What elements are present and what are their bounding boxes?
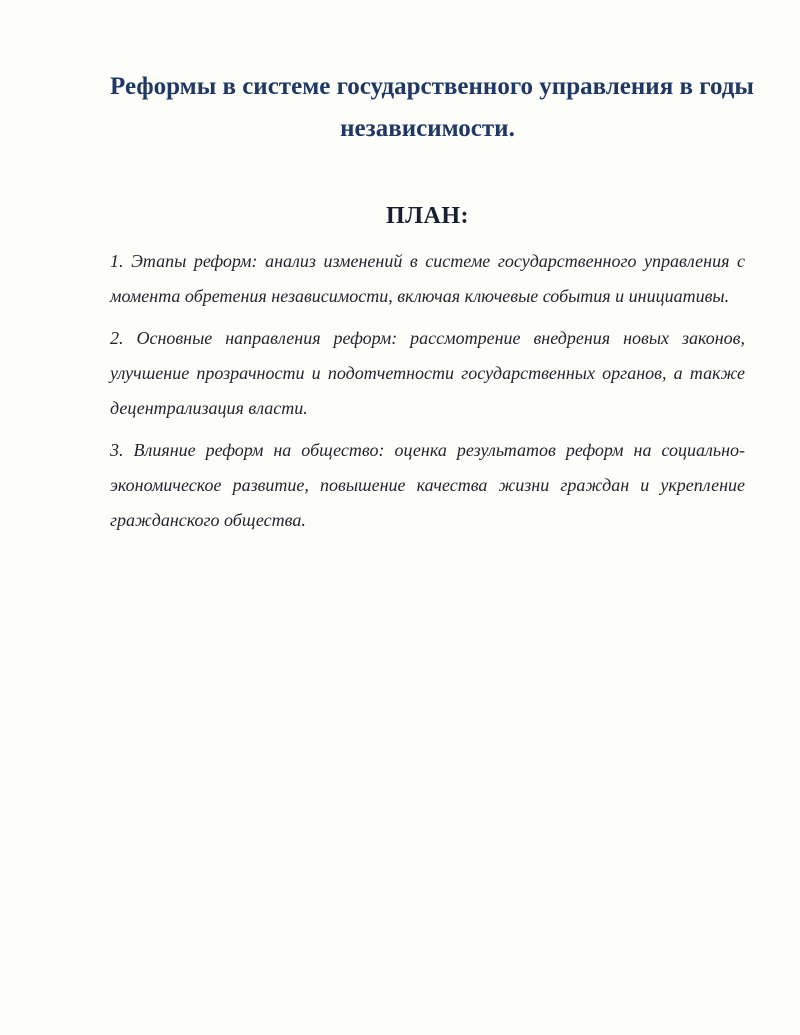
plan-list: 1. Этапы реформ: анализ изменений в сист… xyxy=(110,244,745,538)
plan-heading: ПЛАН: xyxy=(110,201,745,231)
plan-item-2: 2. Основные направления реформ: рассмотр… xyxy=(110,321,745,426)
document-page: Реформы в системе государственного управ… xyxy=(0,0,800,1035)
plan-item-2-line-1: 2. Основные направления реформ: рассмотр… xyxy=(110,321,745,356)
document-title: Реформы в системе государственного управ… xyxy=(110,66,745,150)
plan-item-1: 1. Этапы реформ: анализ изменений в сист… xyxy=(110,244,745,314)
document-title-line-2: независимости. xyxy=(110,108,745,150)
plan-item-1-line-1: 1. Этапы реформ: анализ изменений в сист… xyxy=(110,244,745,279)
plan-item-2-line-2: улучшение прозрачности и подотчетности г… xyxy=(110,356,745,391)
plan-item-3-line-1: 3. Влияние реформ на общество: оценка ре… xyxy=(110,433,745,468)
document-title-line-1: Реформы в системе государственного управ… xyxy=(110,66,745,108)
plan-item-3-line-2: экономическое развитие, повышение качест… xyxy=(110,468,745,503)
plan-item-1-line-2: момента обретения независимости, включая… xyxy=(110,279,745,314)
plan-item-2-line-3: децентрализация власти. xyxy=(110,391,745,426)
plan-item-3-line-3: гражданского общества. xyxy=(110,503,745,538)
plan-item-3: 3. Влияние реформ на общество: оценка ре… xyxy=(110,433,745,538)
